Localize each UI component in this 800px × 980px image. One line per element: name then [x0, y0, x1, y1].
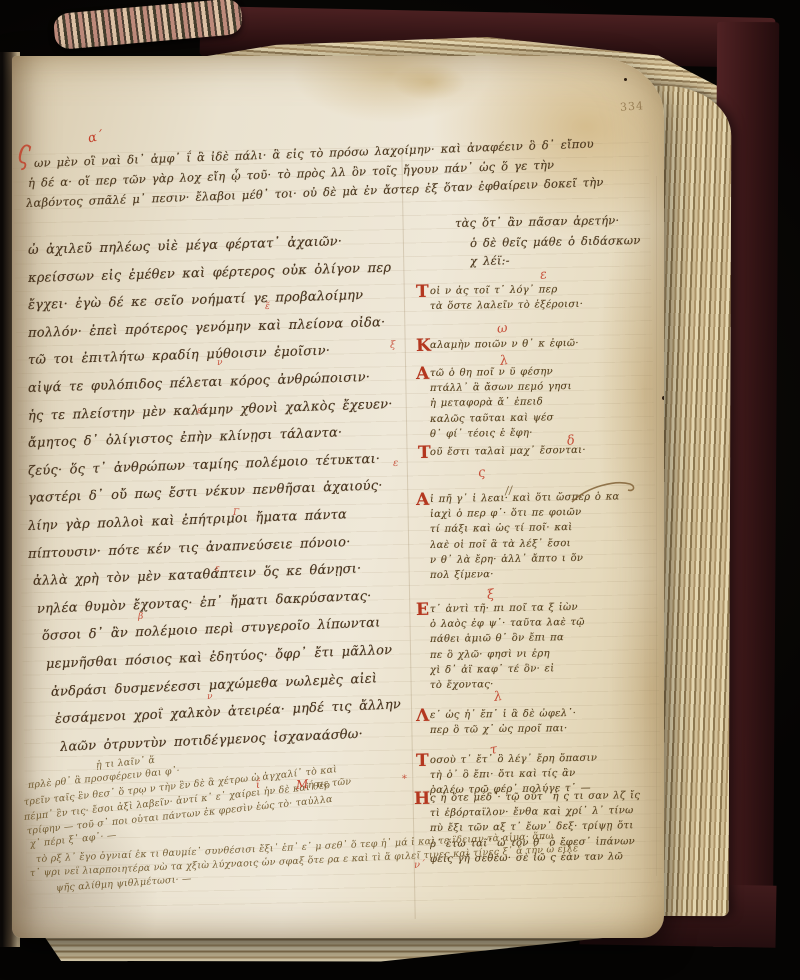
rubric-reference-sign: ε [393, 458, 399, 469]
manuscript-page: 334 α΄ ς ων μὲν οἳ ναὶ δι᾽ ἀμφ᾽ ΐ ἃ ἰδὲ … [12, 56, 664, 938]
rubric-gloss-mark: ε [215, 564, 220, 574]
rubric-ornament: ω [496, 321, 509, 337]
scholion-initial: Κ [416, 336, 431, 356]
scholion-line: λαὲ οἱ ποῖ ἃ τὰ λέξ᾽ ἔσοι [430, 537, 604, 550]
margin-rule [656, 176, 657, 876]
scholion-line: τὸ ἔχοντας· [430, 678, 544, 691]
rubric-reference-sign: ∗ [401, 772, 408, 783]
wormhole [662, 396, 664, 400]
critical-sign: ∕∕ [504, 484, 513, 498]
rubric-ornament: δ [566, 433, 576, 449]
rubric-gloss-mark: ἕ [265, 302, 270, 312]
scholion-line: πε ὃ χλῶ· φησὶ νι ἐρη [430, 647, 598, 660]
scholion-line: καλῶς ταῦται καὶ ψέσ [430, 411, 608, 424]
scholion-initial: Τ [418, 443, 431, 463]
folio-number: 334 [620, 99, 645, 114]
top-scholion-continuation-line: χ λέϊ:- [470, 252, 582, 268]
scholion-initial: Η [414, 789, 430, 809]
scholion-initial: Α [416, 364, 430, 384]
ink-speck [624, 78, 627, 81]
rubric-reference-sign: ν΄ [414, 859, 426, 871]
scholion-line: χὶ δ᾽ ἀΐ καφ᾽ τέ ὃν· εἰ [430, 663, 594, 676]
scholion-initial: Λ [416, 706, 430, 726]
rubric-gloss-mark: β [138, 612, 144, 622]
scholion-line: πολ ξίμενα· [430, 568, 554, 581]
rubric-gloss-mark: ε [197, 406, 202, 416]
rubric-gloss-mark: ν [207, 692, 213, 702]
rubric-gloss-mark: Γ [233, 508, 240, 518]
scholion-initial: Τ [416, 282, 429, 302]
rubric-gloss-mark: ν [217, 358, 223, 368]
scholion-line: ν θ᾽ λὰ ἔρη· ἀλλ᾽ ἄπτο ι ὅν [430, 552, 608, 565]
rubric-mark: ΐ [256, 780, 261, 791]
rubric-reference-sign: ξ [390, 340, 396, 351]
quire-signature: α΄ [87, 129, 105, 147]
manuscript-photo: 334 α΄ ς ων μὲν οἳ ναὶ δι᾽ ἀμφ᾽ ΐ ἃ ἰδὲ … [0, 0, 800, 980]
scholion-initial: Τ [416, 751, 429, 771]
scholion-initial: Ε [416, 600, 429, 620]
scholion-initial: Α [416, 490, 430, 510]
pen-flourish [568, 476, 640, 508]
